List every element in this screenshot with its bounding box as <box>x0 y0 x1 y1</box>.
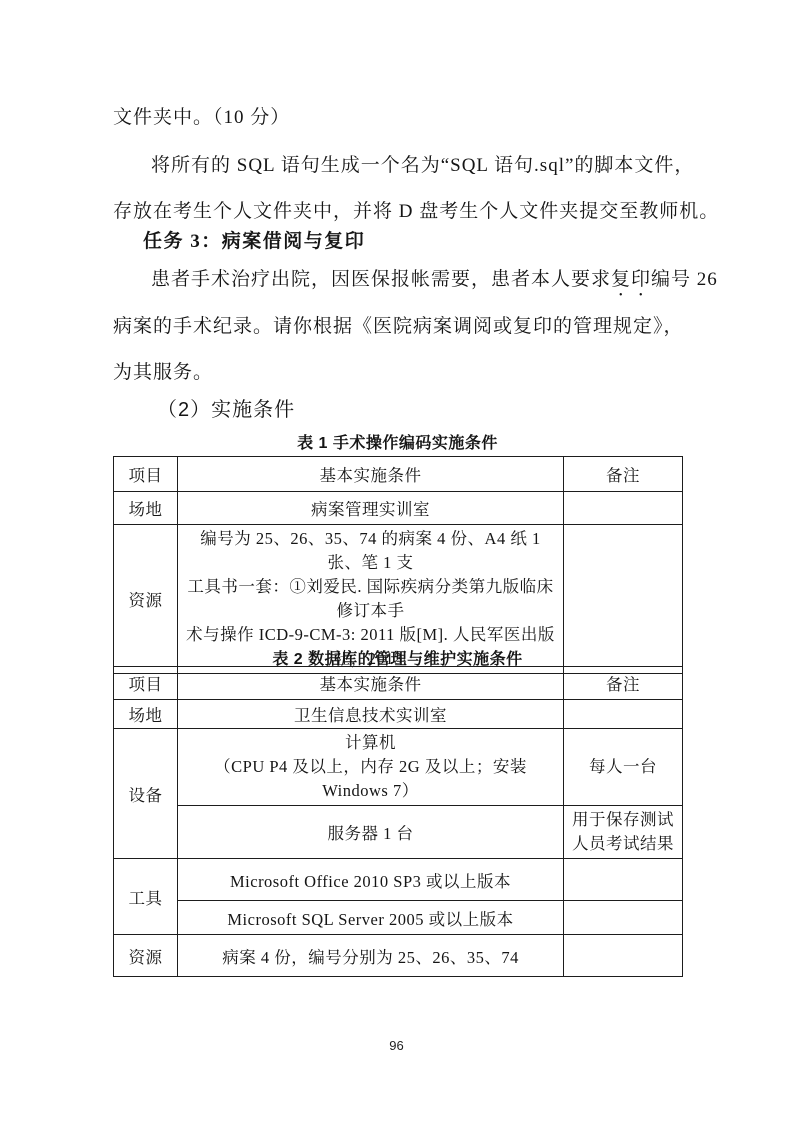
table1-header-note: 备注 <box>564 457 683 492</box>
table1-ziyuan-line2: 工具书一套：①刘爱民. 国际疾病分类第九版临床修订本手 <box>184 575 557 623</box>
page-number: 96 <box>0 1038 793 1053</box>
table2-row-server: 服务器 1 台 用于保存测试人员考试结果 <box>114 806 683 859</box>
table2-changdi-note <box>564 700 683 729</box>
table2-shebei-label: 设备 <box>114 729 178 859</box>
table2: 项目 基本实施条件 备注 场地 卫生信息技术实训室 设备 计算机 （CPU P4… <box>113 666 683 977</box>
table2-header-item: 项目 <box>114 667 178 700</box>
document-page: 文件夹中。（10 分） 将所有的 SQL 语句生成一个名为“SQL 语句.sql… <box>0 0 793 1122</box>
table1-changdi-note <box>564 492 683 525</box>
table2-row-computer: 设备 计算机 （CPU P4 及以上，内存 2G 及以上；安装 Windows … <box>114 729 683 806</box>
table2-computer-note: 每人一台 <box>564 729 683 806</box>
body-line-7: 为其服务。 <box>113 357 688 384</box>
table2-changdi-label: 场地 <box>114 700 178 729</box>
table1-header-row: 项目 基本实施条件 备注 <box>114 457 683 492</box>
table2-computer-line2: （CPU P4 及以上，内存 2G 及以上；安装 Windows 7） <box>184 755 557 803</box>
table1-caption: 表 1 手术操作编码实施条件 <box>113 430 682 453</box>
table2-row-office: 工具 Microsoft Office 2010 SP3 或以上版本 <box>114 859 683 901</box>
table2-changdi-value: 卫生信息技术实训室 <box>178 700 564 729</box>
body-line-5: 患者手术治疗出院，因医保报帐需要，患者本人要求复印编号 26 <box>113 264 688 301</box>
table1-changdi-label: 场地 <box>114 492 178 525</box>
table2-sql-value: Microsoft SQL Server 2005 或以上版本 <box>178 901 564 935</box>
section-subheading: （2）实施条件 <box>113 393 688 422</box>
table2-office-note <box>564 859 683 901</box>
body-line-5-pre: 患者手术治疗出院，因医保报帐需要，患者本人要求 <box>151 269 611 290</box>
table1: 项目 基本实施条件 备注 场地 病案管理实训室 资源 编号为 25、26、35、… <box>113 456 683 674</box>
body-line-5-emphasized: 复印 <box>611 269 651 290</box>
table2-row-ziyuan: 资源 病案 4 份，编号分别为 25、26、35、74 <box>114 935 683 977</box>
table2-header-row: 项目 基本实施条件 备注 <box>114 667 683 700</box>
table2-row-changdi: 场地 卫生信息技术实训室 <box>114 700 683 729</box>
table2-row-sql: Microsoft SQL Server 2005 或以上版本 <box>114 901 683 935</box>
table2-computer-value: 计算机 （CPU P4 及以上，内存 2G 及以上；安装 Windows 7） <box>178 729 564 806</box>
table2-sql-note <box>564 901 683 935</box>
table2-ziyuan-value: 病案 4 份，编号分别为 25、26、35、74 <box>178 935 564 977</box>
table1-header-item: 项目 <box>114 457 178 492</box>
table2-ziyuan-label: 资源 <box>114 935 178 977</box>
table2-office-value: Microsoft Office 2010 SP3 或以上版本 <box>178 859 564 901</box>
task-heading: 任务 3：病案借阅与复印 <box>113 226 688 253</box>
body-line-5-post: 编号 26 <box>651 269 718 290</box>
table1-changdi-value: 病案管理实训室 <box>178 492 564 525</box>
table2-header-note: 备注 <box>564 667 683 700</box>
body-line-3: 存放在考生个人文件夹中，并将 D 盘考生个人文件夹提交至教师机。 <box>113 196 688 223</box>
table2-server-value: 服务器 1 台 <box>178 806 564 859</box>
table2-ziyuan-note <box>564 935 683 977</box>
table1-header-condition: 基本实施条件 <box>178 457 564 492</box>
body-line-2: 将所有的 SQL 语句生成一个名为“SQL 语句.sql”的脚本文件， <box>113 150 688 177</box>
body-line-6: 病案的手术纪录。请你根据《医院病案调阅或复印的管理规定》， <box>113 311 688 338</box>
table1-ziyuan-line1: 编号为 25、26、35、74 的病案 4 份、A4 纸 1 张、笔 1 支 <box>184 527 557 575</box>
table2-gongju-label: 工具 <box>114 859 178 935</box>
table2-server-note: 用于保存测试人员考试结果 <box>564 806 683 859</box>
table2-header-condition: 基本实施条件 <box>178 667 564 700</box>
body-line-1: 文件夹中。（10 分） <box>113 102 688 129</box>
table2-computer-line1: 计算机 <box>184 731 557 755</box>
table1-row-changdi: 场地 病案管理实训室 <box>114 492 683 525</box>
